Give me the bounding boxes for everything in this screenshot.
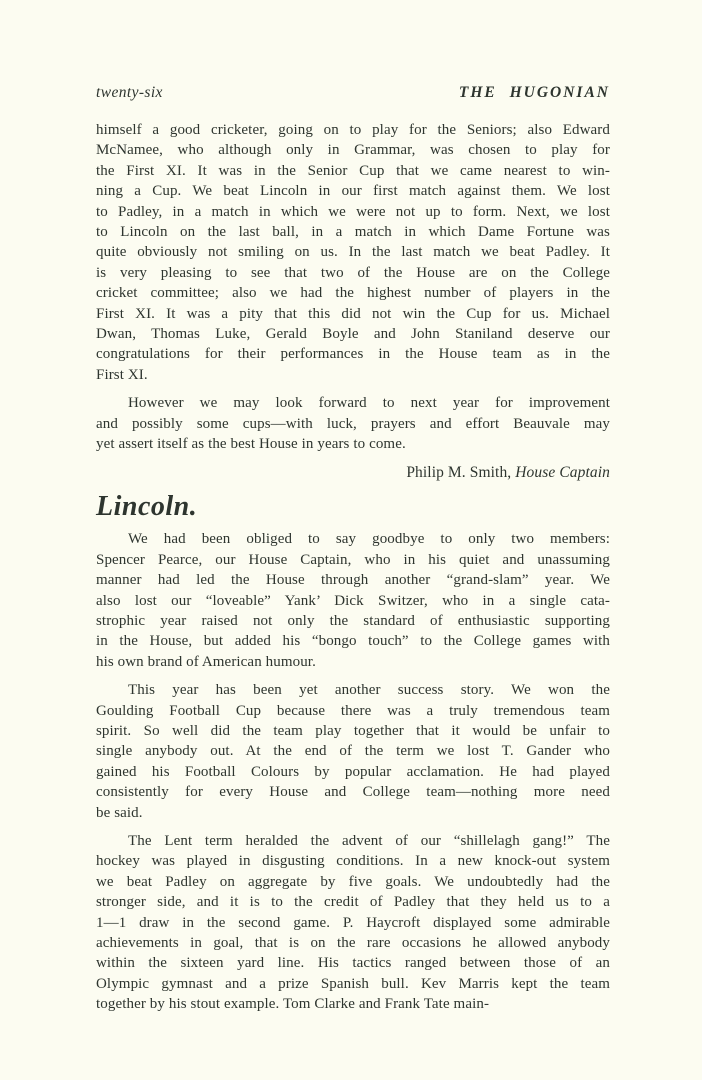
text-line: to Padley, in a match in which we were n… — [96, 202, 610, 222]
text-line: McNamee, who although only in Grammar, w… — [96, 140, 610, 160]
text-line: spirit. So well did the team play togeth… — [96, 721, 610, 741]
text-line: be said. — [96, 803, 610, 823]
text-line: in the House, but added his “bongo touch… — [96, 631, 610, 651]
paragraph: This year has been yet another success s… — [96, 680, 610, 823]
text-line: First XI. — [96, 365, 610, 385]
text-line: 1—1 draw in the second game. P. Haycroft… — [96, 913, 610, 933]
text-line: hockey was played in disgusting conditio… — [96, 851, 610, 871]
paragraph: The Lent term heralded the advent of our… — [96, 831, 610, 1015]
text-line: within the sixteen yard line. His tactic… — [96, 953, 610, 973]
text-line: we beat Padley on aggregate by five goal… — [96, 872, 610, 892]
paragraph: However we may look forward to next year… — [96, 393, 610, 454]
text-line: quite obviously not smiling on us. In th… — [96, 242, 610, 262]
text-line: strophic year raised not only the standa… — [96, 611, 610, 631]
text-line: Spencer Pearce, our House Captain, who i… — [96, 550, 610, 570]
text-line: First XI. It was a pity that this did no… — [96, 304, 610, 324]
text-line: This year has been yet another success s… — [96, 680, 610, 700]
text-line: consistently for every House and College… — [96, 782, 610, 802]
signature-role: House Captain — [515, 464, 610, 481]
page-header: twenty-six THE HUGONIAN — [96, 84, 610, 102]
text-line: Olympic gymnast and a prize Spanish bull… — [96, 974, 610, 994]
text-line: Dwan, Thomas Luke, Gerald Boyle and John… — [96, 324, 610, 344]
page-number: twenty-six — [96, 84, 163, 102]
text-line: single anybody out. At the end of the te… — [96, 741, 610, 761]
magazine-title: THE HUGONIAN — [459, 84, 610, 102]
text-line: his own brand of American humour. — [96, 652, 610, 672]
magazine-page: twenty-six THE HUGONIAN himself a good c… — [0, 0, 702, 1080]
text-line: also lost our “loveable” Yank’ Dick Swit… — [96, 591, 610, 611]
text-line: cricket committee; also we had the highe… — [96, 283, 610, 303]
text-line: and possibly some cups—with luck, prayer… — [96, 414, 610, 434]
text-line: together by his stout example. Tom Clark… — [96, 994, 610, 1014]
text-line: yet assert itself as the best House in y… — [96, 434, 610, 454]
text-line: manner had led the House through another… — [96, 570, 610, 590]
text-line: is very pleasing to see that two of the … — [96, 263, 610, 283]
signature-line: Philip M. Smith, House Captain — [96, 463, 610, 483]
text-line: stronger side, and it is to the credit o… — [96, 892, 610, 912]
text-line: himself a good cricketer, going on to pl… — [96, 120, 610, 140]
text-line: The Lent term heralded the advent of our… — [96, 831, 610, 851]
text-line: However we may look forward to next year… — [96, 393, 610, 413]
signature-name: Philip M. Smith, — [406, 464, 511, 481]
paragraph: himself a good cricketer, going on to pl… — [96, 120, 610, 385]
paragraph: We had been obliged to say goodbye to on… — [96, 529, 610, 672]
page-body: himself a good cricketer, going on to pl… — [96, 120, 610, 1023]
text-line: to Lincoln on the last ball, in a match … — [96, 222, 610, 242]
text-line: gained his Football Colours by popular a… — [96, 762, 610, 782]
text-line: We had been obliged to say goodbye to on… — [96, 529, 610, 549]
text-line: ning a Cup. We beat Lincoln in our first… — [96, 181, 610, 201]
text-line: achievements in goal, that is on the rar… — [96, 933, 610, 953]
section-heading: Lincoln. — [96, 497, 610, 517]
text-line: congratulations for their performances i… — [96, 344, 610, 364]
text-line: the First XI. It was in the Senior Cup t… — [96, 161, 610, 181]
text-line: Goulding Football Cup because there was … — [96, 701, 610, 721]
